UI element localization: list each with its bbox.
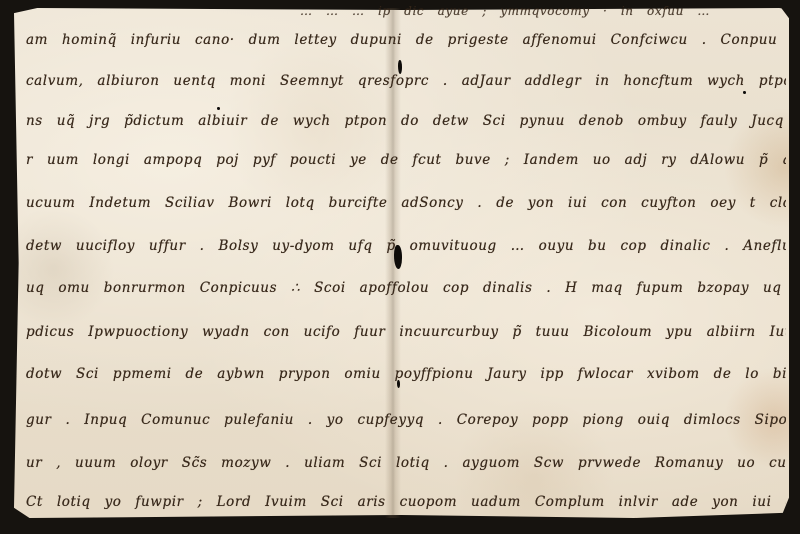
manuscript-line-10: gur . Inpuq Comunuc pulefaniu . yo cupfe… [26, 412, 786, 428]
parchment-hole-top [398, 60, 402, 74]
manuscript-line-2: calvum, albiuron uentq moni Seemnyt qres… [26, 73, 786, 89]
manuscript-line-8: pdicus Ipwpuoctiony wyad̃n con ucifo fuu… [26, 324, 786, 340]
parchment-hole-small [217, 107, 220, 110]
manuscript-line-7: uq omu bonrurmon Conpicuus ∴ Scoi apoffo… [26, 280, 786, 296]
manuscript-line-0: … … … ip dic ayue ; ymmqvocomy · in oxfu… [300, 4, 800, 18]
manuscript-line-6: detw uucifloy uffur . Bolsy uy-dyom ufq … [26, 238, 786, 254]
manuscript-line-4: r uum longi ampopq poj pyf poucti ye de … [26, 152, 786, 168]
manuscript-line-12: Ct lotiq yo fuwpir ; Lord Ivuim Sci aris… [26, 494, 786, 510]
manuscript-line-3: ns uq̃ jrg p̃dictum albiuir de wych ptpo… [26, 113, 786, 129]
manuscript-line-9: dotw Sci ppmemi de aybwn prypon omiu poy… [26, 366, 786, 382]
manuscript-line-1: am hominq̃ infuriu cano· dum lettey dupu… [26, 32, 786, 48]
manuscript-line-11: ur , uuum oloyr Sc̃s mozyw . uliam Sci l… [26, 455, 786, 471]
parchment-hole-right [743, 91, 746, 94]
manuscript-line-5: ucuum Indetum Sciliav Bowri lotq burcift… [26, 195, 786, 211]
